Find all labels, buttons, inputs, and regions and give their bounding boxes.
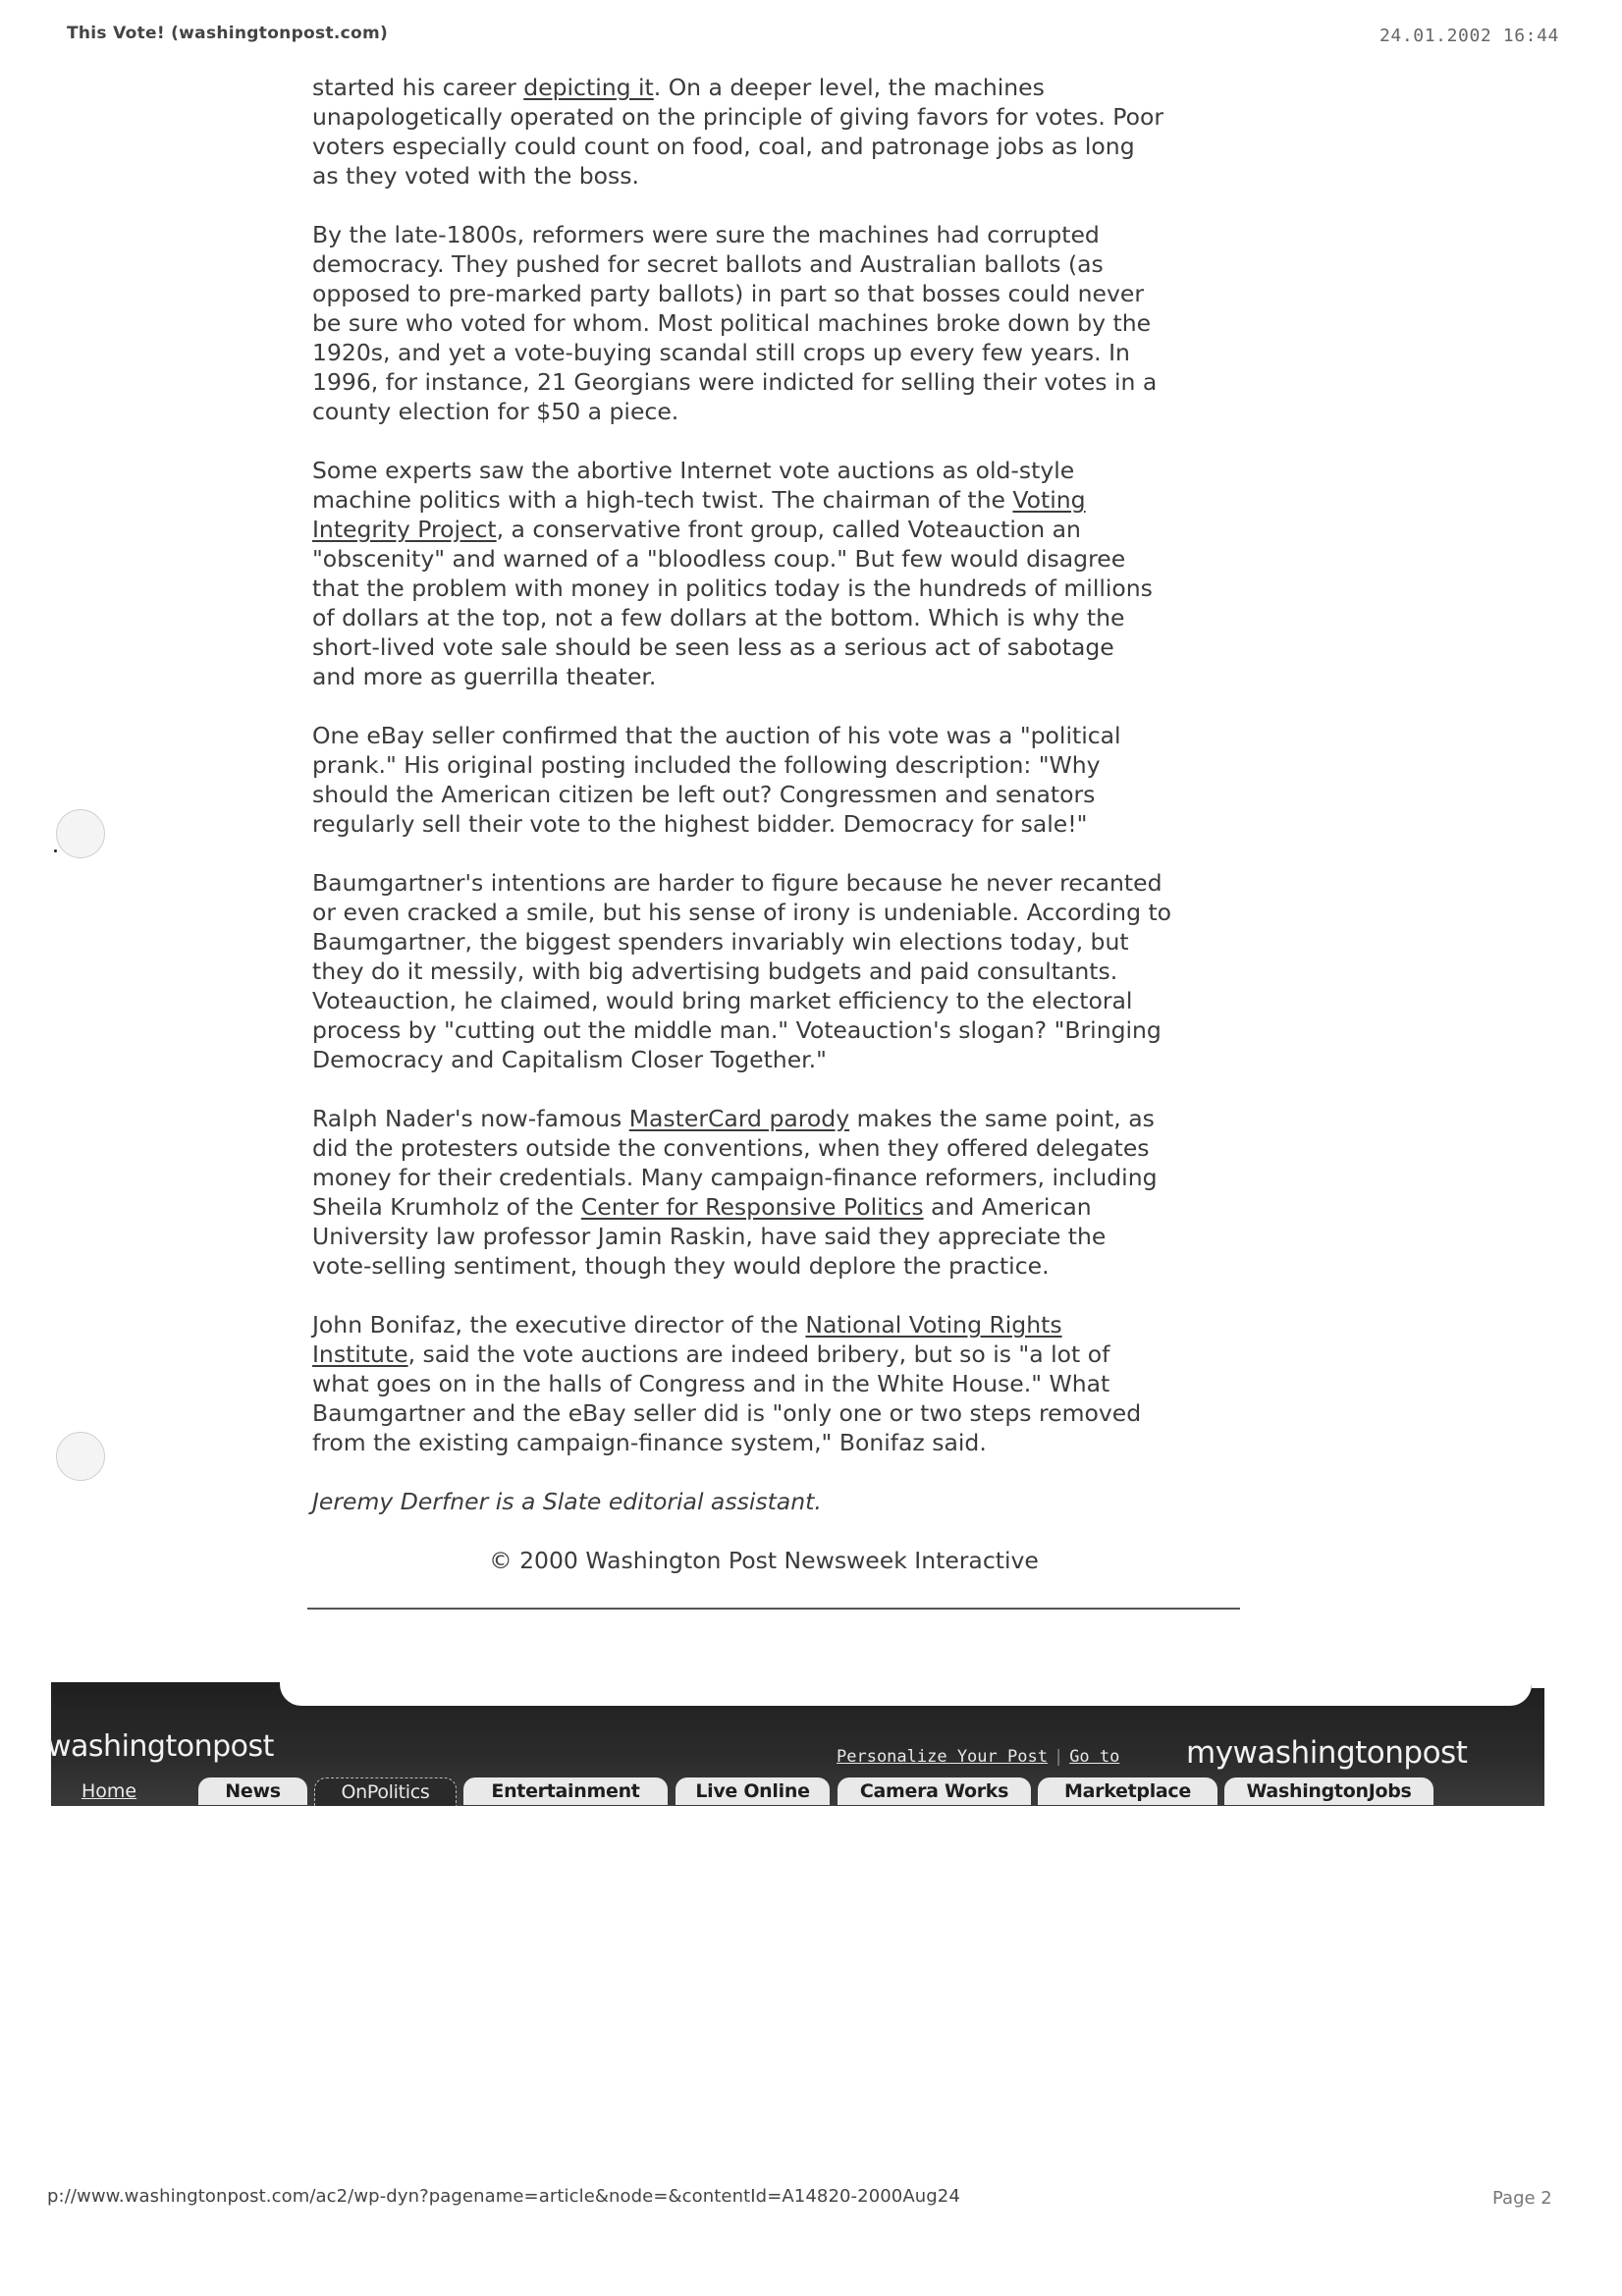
copyright-notice: © 2000 Washington Post Newsweek Interact… [312, 1546, 1216, 1575]
tab-live-online[interactable]: Live Online [676, 1777, 830, 1805]
print-footer-url: p://www.washingtonpost.com/ac2/wp-dyn?pa… [47, 2186, 960, 2207]
personalize-bar: Personalize Your Post|Go to [837, 1747, 1119, 1767]
go-to-link[interactable]: Go to [1069, 1747, 1119, 1767]
print-header-datetime: 24.01.2002 16:44 [1379, 26, 1559, 46]
tab-entertainment[interactable]: Entertainment [463, 1777, 668, 1805]
article-body: started his career depicting it. On a de… [312, 73, 1255, 1605]
article-paragraph-4: One eBay seller confirmed that the aucti… [312, 721, 1255, 839]
article-paragraph-2: By the late-1800s, reformers were sure t… [312, 220, 1255, 426]
article-paragraph-3: Some experts saw the abortive Internet v… [312, 456, 1255, 691]
tab-news[interactable]: News [198, 1777, 307, 1805]
wapo-nav-banner: washingtonpost Personalize Your Post|Go … [51, 1682, 1544, 1806]
article-paragraph-1: started his career depicting it. On a de… [312, 73, 1255, 191]
tab-camera-works[interactable]: Camera Works [838, 1777, 1031, 1805]
tab-marketplace[interactable]: Marketplace [1038, 1777, 1217, 1805]
link-mastercard-parody[interactable]: MasterCard parody [629, 1105, 849, 1132]
personalize-your-post-link[interactable]: Personalize Your Post [837, 1747, 1048, 1767]
hole-punch-mark [56, 1432, 105, 1481]
banner-notch-shape [280, 1682, 1532, 1706]
banner-corner [1532, 1682, 1544, 1688]
washingtonpost-logo[interactable]: washingtonpost [47, 1729, 274, 1764]
article-paragraph-6: Ralph Nader's now-famous MasterCard paro… [312, 1104, 1255, 1281]
mywashingtonpost-logo[interactable]: mywashingtonpost [1186, 1735, 1467, 1771]
article-paragraph-7: John Bonifaz, the executive director of … [312, 1310, 1255, 1457]
tab-washingtonjobs[interactable]: WashingtonJobs [1224, 1777, 1433, 1805]
scan-speck [54, 849, 57, 852]
horizontal-divider [307, 1608, 1240, 1610]
hole-punch-mark [56, 809, 105, 858]
print-footer-page-number: Page 2 [1492, 2188, 1552, 2209]
separator: | [1054, 1747, 1063, 1767]
link-depicting-it[interactable]: depicting it [523, 74, 654, 101]
author-byline: Jeremy Derfner is a Slate editorial assi… [312, 1487, 1255, 1516]
print-header-title: This Vote! (washingtonpost.com) [67, 24, 388, 43]
link-center-for-responsive-politics[interactable]: Center for Responsive Politics [581, 1193, 924, 1221]
tab-onpolitics[interactable]: OnPolitics [314, 1777, 457, 1806]
article-paragraph-5: Baumgartner's intentions are harder to f… [312, 868, 1255, 1074]
nav-home-link[interactable]: Home [81, 1780, 136, 1802]
